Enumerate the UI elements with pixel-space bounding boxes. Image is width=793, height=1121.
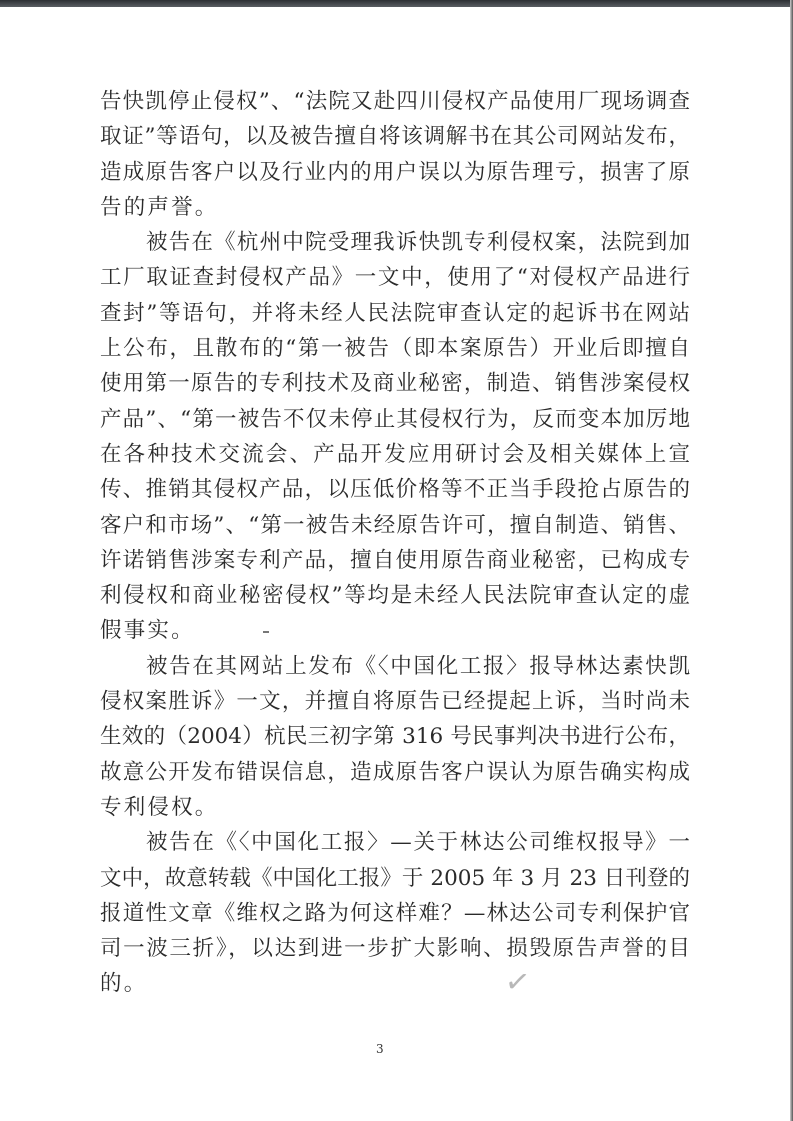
text-line: 取证”等语句，以及被告擅自将该调解书在其公司网站发布， (100, 119, 690, 154)
text-line: 利侵权和商业秘密侵权”等均是未经人民法院审查认定的虚 (100, 578, 690, 613)
text-line: 工厂取证查封侵权产品》一文中，使用了“对侵权产品进行 (100, 260, 690, 295)
text-line: 上公布，且散布的“第一被告（即本案原告）开业后即擅自 (100, 331, 690, 366)
page-number: 3 (376, 1042, 384, 1056)
scan-speck (263, 631, 269, 633)
scan-border-top (0, 0, 793, 7)
paragraph-4: 被告在《〈中国化工报〉—关于林达公司维权报导》一 文中，故意转载《中国化工报》于… (100, 825, 690, 1001)
handwritten-checkmark-icon: ✓ (503, 963, 533, 1001)
text-line: 侵权案胜诉》一文，并擅自将原告已经提起上诉，当时尚未 (100, 684, 690, 719)
text-line: 司一波三折》，以达到进一步扩大影响、损毁原告声誉的目 (100, 931, 690, 966)
text-line: 专利侵权。 (100, 790, 690, 825)
text-line: 被告在《杭州中院受理我诉快凯专利侵权案，法院到加 (100, 225, 690, 260)
text-line: 故意公开发布错误信息，造成原告客户误认为原告确实构成 (100, 755, 690, 790)
text-line: 产品”、“第一被告不仅未停止其侵权行为，反而变本加厉地 (100, 402, 690, 437)
text-line: 告快凯停止侵权”、“法院又赴四川侵权产品使用厂现场调查 (100, 84, 690, 119)
text-line: 客户和市场”、“第一被告未经原告许可，擅自制造、销售、 (100, 508, 690, 543)
text-line: 文中，故意转载《中国化工报》于 2005 年 3 月 23 日刊登的 (100, 861, 690, 896)
text-line: 传、推销其侵权产品，以压低价格等不正当手段抢占原告的 (100, 472, 690, 507)
paragraph-2: 被告在《杭州中院受理我诉快凯专利侵权案，法院到加 工厂取证查封侵权产品》一文中，… (100, 225, 690, 649)
text-line: 查封”等语句，并将未经人民法院审查认定的起诉书在网站 (100, 296, 690, 331)
paragraph-3: 被告在其网站上发布《〈中国化工报〉报导林达素快凯 侵权案胜诉》一文，并擅自将原告… (100, 649, 690, 825)
paragraph-1: 告快凯停止侵权”、“法院又赴四川侵权产品使用厂现场调查 取证”等语句，以及被告擅… (100, 84, 690, 225)
text-line: 造成原告客户以及行业内的用户误以为原告理亏，损害了原 (100, 155, 690, 190)
document-page: 告快凯停止侵权”、“法院又赴四川侵权产品使用厂现场调查 取证”等语句，以及被告擅… (100, 84, 690, 1002)
text-line: 许诺销售涉案专利产品，擅自使用原告商业秘密，已构成专 (100, 543, 690, 578)
text-line: 生效的（2004）杭民三初字第 316 号民事判决书进行公布， (100, 719, 690, 754)
text-line: 被告在其网站上发布《〈中国化工报〉报导林达素快凯 (100, 649, 690, 684)
text-line: 的。 (100, 966, 690, 1001)
text-line: 使用第一原告的专利技术及商业秘密，制造、销售涉案侵权 (100, 366, 690, 401)
text-line: 被告在《〈中国化工报〉—关于林达公司维权报导》一 (100, 825, 690, 860)
text-line: 告的声誉。 (100, 190, 690, 225)
text-line: 报道性文章《维权之路为何这样难？—林达公司专利保护官 (100, 896, 690, 931)
text-line: 假事实。 (100, 613, 690, 648)
text-line: 在各种技术交流会、产品开发应用研讨会及相关媒体上宣 (100, 437, 690, 472)
